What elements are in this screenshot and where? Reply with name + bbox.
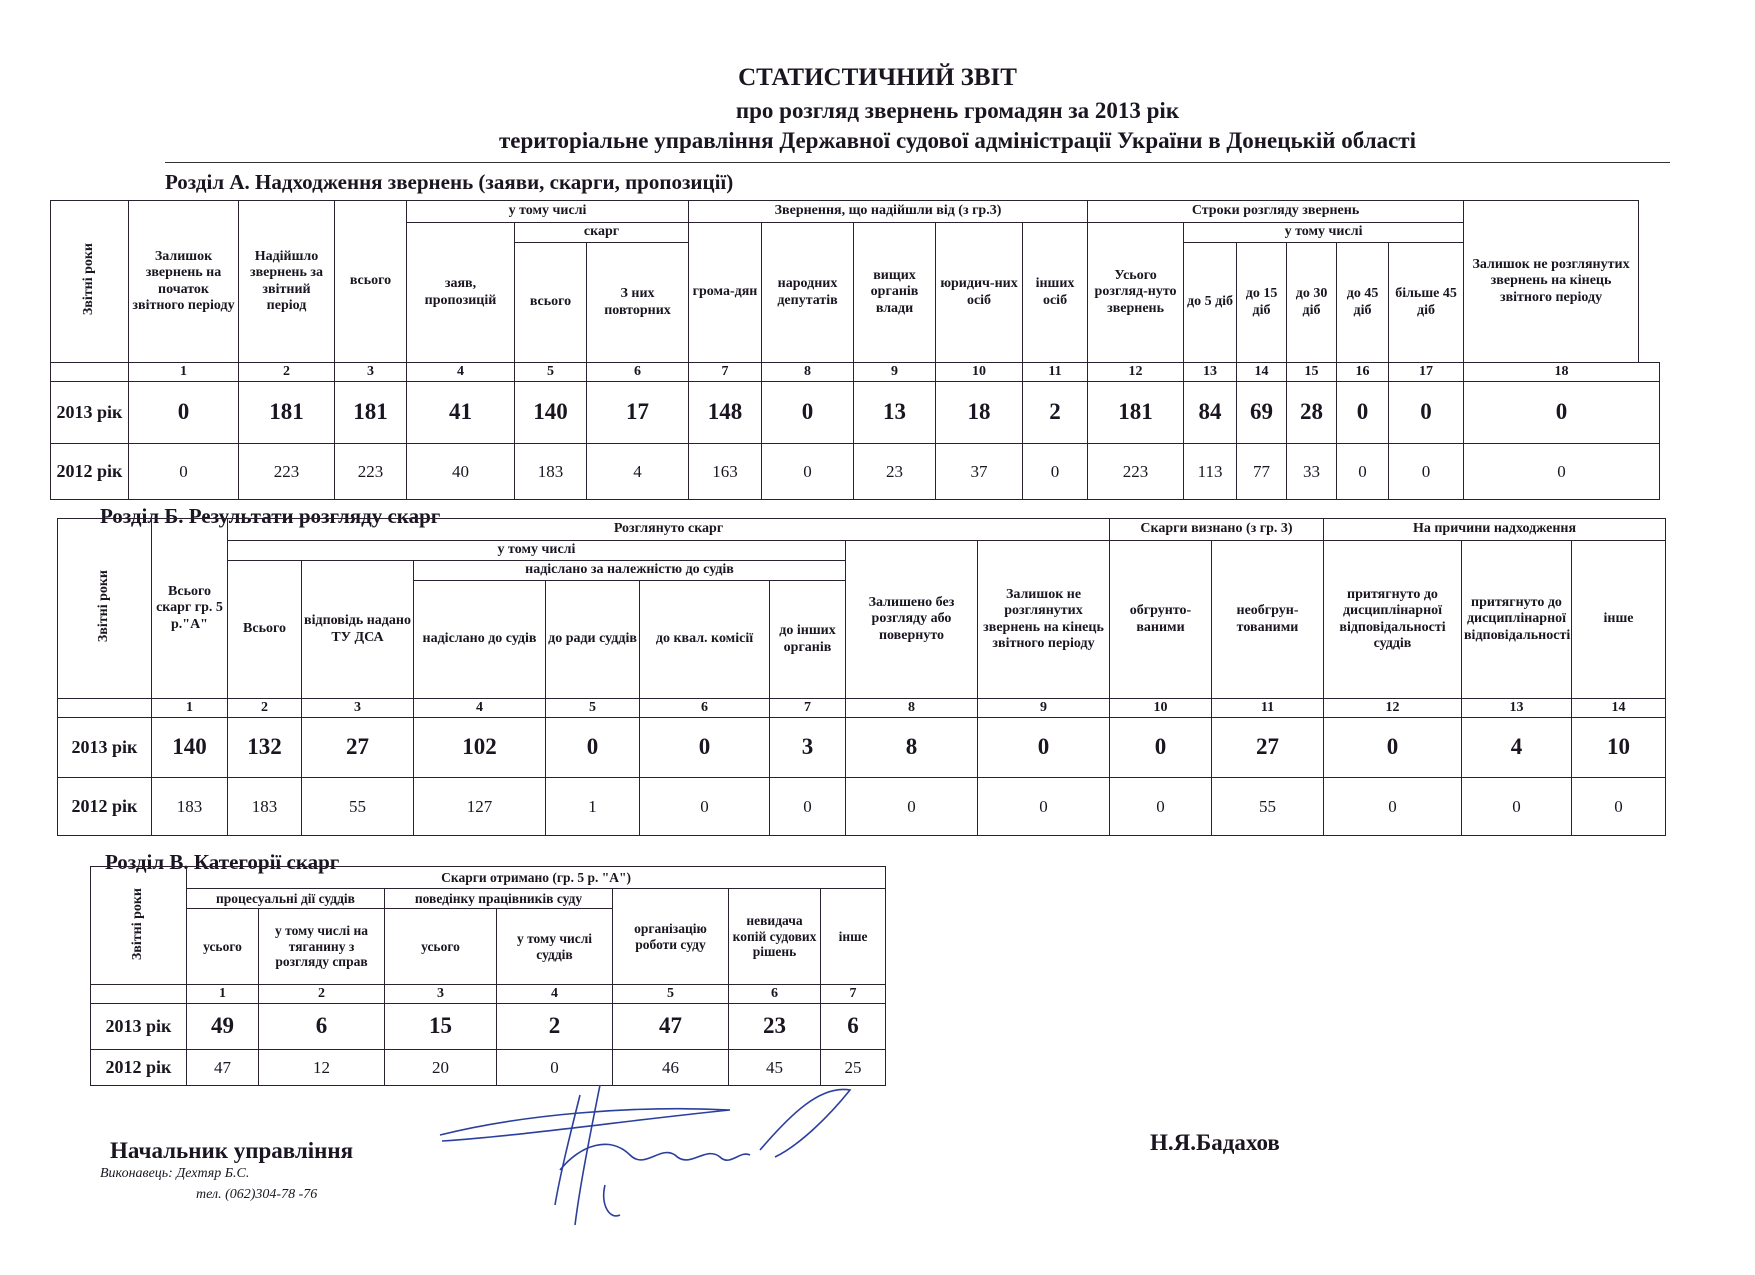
table-row: 2012 рік1831835512710000055000 bbox=[58, 778, 1666, 836]
cell-value: 0 bbox=[129, 444, 239, 500]
column-number: 7 bbox=[689, 363, 762, 382]
cell-value: 49 bbox=[187, 1004, 259, 1050]
column-number: 3 bbox=[302, 699, 414, 718]
table-row: 2013 рік49615247236 bbox=[91, 1004, 886, 1050]
cell-value: 13 bbox=[854, 382, 936, 444]
col-a-4: заяв, пропозицій bbox=[407, 223, 515, 363]
year-label: 2012 рік bbox=[51, 444, 129, 500]
column-number: 8 bbox=[762, 363, 854, 382]
column-number: 4 bbox=[414, 699, 546, 718]
report-subtitle: про розгляд звернень громадян за 2013 рі… bbox=[80, 98, 1755, 124]
cell-value: 69 bbox=[1237, 382, 1287, 444]
col-c-7: інше bbox=[821, 889, 886, 985]
year-label: 2012 рік bbox=[58, 778, 152, 836]
col-a-7: грома-дян bbox=[689, 223, 762, 363]
column-number: 4 bbox=[497, 985, 613, 1004]
cell-value: 10 bbox=[1572, 718, 1666, 778]
cell-value: 0 bbox=[1110, 718, 1212, 778]
cell-value: 0 bbox=[129, 382, 239, 444]
cell-value: 28 bbox=[1287, 382, 1337, 444]
column-number: 10 bbox=[936, 363, 1023, 382]
cell-value: 183 bbox=[228, 778, 302, 836]
col-a-1: Залишок звернень на початок звітного пер… bbox=[129, 201, 239, 363]
cell-value: 0 bbox=[1324, 718, 1462, 778]
cell-value: 4 bbox=[587, 444, 689, 500]
column-number: 13 bbox=[1462, 699, 1572, 718]
col-b-reasons: На причини надходження bbox=[1324, 519, 1666, 541]
column-number: 15 bbox=[1287, 363, 1337, 382]
col-a-17: більше 45 діб bbox=[1389, 243, 1464, 363]
cell-value: 140 bbox=[152, 718, 228, 778]
col-b-9: Залишок не розглянутих звернень на кінец… bbox=[978, 541, 1110, 699]
col-b-3: відповідь надано ТУ ДСА bbox=[302, 561, 414, 699]
cell-value: 0 bbox=[1464, 382, 1660, 444]
cell-value: 33 bbox=[1287, 444, 1337, 500]
column-number: 7 bbox=[821, 985, 886, 1004]
cell-value: 0 bbox=[1464, 444, 1660, 500]
cell-value: 0 bbox=[1389, 382, 1464, 444]
col-b-4: надіслано до судів bbox=[414, 581, 546, 699]
executor-name: Виконавець: Дехтяр Б.С. bbox=[100, 1166, 249, 1182]
cell-value: 6 bbox=[259, 1004, 385, 1050]
section-c-table: Звітні роки Скарги отримано (гр. 5 р. "А… bbox=[90, 866, 886, 1086]
column-number: 6 bbox=[640, 699, 770, 718]
col-b-6: до квал. комісії bbox=[640, 581, 770, 699]
column-number: 12 bbox=[1324, 699, 1462, 718]
section-a-table: Звітні роки Залишок звернень на початок … bbox=[50, 200, 1660, 500]
column-number: 1 bbox=[187, 985, 259, 1004]
col-a-15: до 30 діб bbox=[1287, 243, 1337, 363]
cell-value: 181 bbox=[239, 382, 335, 444]
col-a-2: Надійшло звернень за звітний період bbox=[239, 201, 335, 363]
column-number: 18 bbox=[1464, 363, 1660, 382]
cell-value: 15 bbox=[385, 1004, 497, 1050]
col-b-7: до інших органів bbox=[770, 581, 846, 699]
col-b-incl: у тому числі bbox=[228, 541, 846, 561]
col-a-10: юридич-них осіб bbox=[936, 223, 1023, 363]
column-number: 6 bbox=[729, 985, 821, 1004]
year-label: 2013 рік bbox=[91, 1004, 187, 1050]
column-numbers-row: 123456789101112131415161718 bbox=[51, 363, 1660, 382]
cell-value: 113 bbox=[1184, 444, 1237, 500]
column-number: 6 bbox=[587, 363, 689, 382]
handwritten-signature bbox=[430, 1075, 950, 1235]
cell-value: 84 bbox=[1184, 382, 1237, 444]
col-years: Звітні роки bbox=[96, 570, 112, 642]
cell-value: 181 bbox=[335, 382, 407, 444]
col-c-received: Скарги отримано (гр. 5 р. "А") bbox=[187, 867, 886, 889]
col-a-16: до 45 діб bbox=[1337, 243, 1389, 363]
column-number: 2 bbox=[239, 363, 335, 382]
cell-value: 163 bbox=[689, 444, 762, 500]
col-b-12: притягнуто до дисциплінарної відповідаль… bbox=[1324, 541, 1462, 699]
col-b-5: до ради суддів bbox=[546, 581, 640, 699]
col-b-11: необгрун-тованими bbox=[1212, 541, 1324, 699]
column-number: 2 bbox=[228, 699, 302, 718]
col-a-5: всього bbox=[515, 243, 587, 363]
col-c-4: у тому числі суддів bbox=[497, 909, 613, 985]
cell-value: 2 bbox=[1023, 382, 1088, 444]
col-c-2: у тому числі на тяганину з розгляду спра… bbox=[259, 909, 385, 985]
column-number: 5 bbox=[613, 985, 729, 1004]
cell-value: 0 bbox=[846, 778, 978, 836]
column-number: 14 bbox=[1572, 699, 1666, 718]
col-b-14: інше bbox=[1572, 541, 1666, 699]
cell-value: 6 bbox=[821, 1004, 886, 1050]
table-row: 2013 рік14013227102003800270410 bbox=[58, 718, 1666, 778]
column-number: 5 bbox=[515, 363, 587, 382]
col-a-3: всього bbox=[335, 201, 407, 363]
cell-value: 77 bbox=[1237, 444, 1287, 500]
col-a-incl: у тому числі bbox=[407, 201, 689, 223]
year-label: 2013 рік bbox=[58, 718, 152, 778]
column-numbers-row: 1234567 bbox=[91, 985, 886, 1004]
position-title: Начальник управління bbox=[110, 1138, 353, 1164]
col-a-8: народних депутатів bbox=[762, 223, 854, 363]
section-a-title: Розділ А. Надходження звернень (заяви, с… bbox=[165, 170, 733, 195]
column-number: 11 bbox=[1212, 699, 1324, 718]
year-label: 2013 рік bbox=[51, 382, 129, 444]
col-a-terms-incl: у тому числі bbox=[1184, 223, 1464, 243]
cell-value: 8 bbox=[846, 718, 978, 778]
cell-value: 1 bbox=[546, 778, 640, 836]
col-a-14: до 15 діб bbox=[1237, 243, 1287, 363]
cell-value: 18 bbox=[936, 382, 1023, 444]
col-c-5: організацію роботи суду bbox=[613, 889, 729, 985]
cell-value: 2 bbox=[497, 1004, 613, 1050]
cell-value: 0 bbox=[1110, 778, 1212, 836]
col-a-terms: Строки розгляду звернень bbox=[1088, 201, 1464, 223]
col-c-staff: поведінку працівників суду bbox=[385, 889, 613, 909]
cell-value: 47 bbox=[613, 1004, 729, 1050]
organization-name: територіальне управління Державної судов… bbox=[80, 128, 1755, 154]
column-number: 7 bbox=[770, 699, 846, 718]
cell-value: 27 bbox=[1212, 718, 1324, 778]
col-b-reviewed: Розглянуто скарг bbox=[228, 519, 1110, 541]
column-number: 9 bbox=[854, 363, 936, 382]
signatory-name: Н.Я.Бадахов bbox=[1150, 1130, 1280, 1156]
column-number: 2 bbox=[259, 985, 385, 1004]
cell-value: 0 bbox=[1337, 444, 1389, 500]
cell-value: 0 bbox=[762, 444, 854, 500]
col-c-3: усього bbox=[385, 909, 497, 985]
col-b-13: притягнуто до дисциплінарної відповідаль… bbox=[1462, 541, 1572, 699]
col-a-complaints: скарг bbox=[515, 223, 689, 243]
cell-value: 0 bbox=[1337, 382, 1389, 444]
report-title: СТАТИСТИЧНИЙ ЗВІТ bbox=[0, 64, 1755, 92]
column-number: 4 bbox=[407, 363, 515, 382]
table-row: 2013 рік01811814114017148013182181846928… bbox=[51, 382, 1660, 444]
col-b-8: Залишено без розгляду або повернуто bbox=[846, 541, 978, 699]
header-divider bbox=[165, 162, 1670, 163]
cell-value: 0 bbox=[1023, 444, 1088, 500]
cell-value: 0 bbox=[640, 718, 770, 778]
col-c-proc: процесуальні дії суддів bbox=[187, 889, 385, 909]
cell-value: 0 bbox=[762, 382, 854, 444]
cell-value: 3 bbox=[770, 718, 846, 778]
col-a-9: вищих органів влади bbox=[854, 223, 936, 363]
col-a-13: до 5 діб bbox=[1184, 243, 1237, 363]
column-number: 13 bbox=[1184, 363, 1237, 382]
cell-value: 55 bbox=[1212, 778, 1324, 836]
cell-value: 223 bbox=[335, 444, 407, 500]
cell-value: 0 bbox=[1324, 778, 1462, 836]
column-number: 1 bbox=[129, 363, 239, 382]
cell-value: 102 bbox=[414, 718, 546, 778]
cell-value: 37 bbox=[936, 444, 1023, 500]
cell-value: 0 bbox=[1462, 778, 1572, 836]
column-number: 11 bbox=[1023, 363, 1088, 382]
cell-value: 0 bbox=[546, 718, 640, 778]
column-number: 8 bbox=[846, 699, 978, 718]
cell-value: 140 bbox=[515, 382, 587, 444]
cell-value: 23 bbox=[729, 1004, 821, 1050]
cell-value: 0 bbox=[1572, 778, 1666, 836]
cell-value: 17 bbox=[587, 382, 689, 444]
col-a-6: З них повторних bbox=[587, 243, 689, 363]
column-number: 5 bbox=[546, 699, 640, 718]
col-years: Звітні роки bbox=[130, 888, 146, 960]
cell-value: 181 bbox=[1088, 382, 1184, 444]
col-c-1: усього bbox=[187, 909, 259, 985]
cell-value: 12 bbox=[259, 1050, 385, 1086]
table-row: 2012 рік02232234018341630233702231137733… bbox=[51, 444, 1660, 500]
year-label: 2012 рік bbox=[91, 1050, 187, 1086]
cell-value: 47 bbox=[187, 1050, 259, 1086]
column-numbers-row: 1234567891011121314 bbox=[58, 699, 1666, 718]
col-a-18: Залишок не розглянутих звернень на кінец… bbox=[1464, 201, 1639, 363]
cell-value: 127 bbox=[414, 778, 546, 836]
cell-value: 183 bbox=[515, 444, 587, 500]
col-b-1: Всього скарг гр. 5 р."А" bbox=[152, 519, 228, 699]
col-b-sent: надіслано за належністю до судів bbox=[414, 561, 846, 581]
cell-value: 55 bbox=[302, 778, 414, 836]
column-number: 17 bbox=[1389, 363, 1464, 382]
cell-value: 0 bbox=[1389, 444, 1464, 500]
cell-value: 40 bbox=[407, 444, 515, 500]
column-number: 3 bbox=[385, 985, 497, 1004]
executor-phone: тел. (062)304-78 -76 bbox=[196, 1187, 317, 1203]
column-number: 12 bbox=[1088, 363, 1184, 382]
col-b-recognized: Скарги визнано (з гр. 3) bbox=[1110, 519, 1324, 541]
cell-value: 148 bbox=[689, 382, 762, 444]
cell-value: 41 bbox=[407, 382, 515, 444]
cell-value: 223 bbox=[1088, 444, 1184, 500]
column-number: 1 bbox=[152, 699, 228, 718]
col-a-12: Усього розгляд-нуто звернень bbox=[1088, 223, 1184, 363]
col-years: Звітні роки bbox=[81, 243, 97, 315]
cell-value: 0 bbox=[770, 778, 846, 836]
cell-value: 0 bbox=[978, 778, 1110, 836]
cell-value: 0 bbox=[978, 718, 1110, 778]
col-b-10: обгрунто-ваними bbox=[1110, 541, 1212, 699]
col-a-11: інших осіб bbox=[1023, 223, 1088, 363]
cell-value: 183 bbox=[152, 778, 228, 836]
column-number: 16 bbox=[1337, 363, 1389, 382]
cell-value: 223 bbox=[239, 444, 335, 500]
col-b-2: Всього bbox=[228, 561, 302, 699]
section-b-table: Звітні роки Всього скарг гр. 5 р."А" Роз… bbox=[57, 518, 1666, 836]
cell-value: 0 bbox=[640, 778, 770, 836]
column-number: 10 bbox=[1110, 699, 1212, 718]
column-number: 9 bbox=[978, 699, 1110, 718]
column-number: 14 bbox=[1237, 363, 1287, 382]
cell-value: 27 bbox=[302, 718, 414, 778]
cell-value: 132 bbox=[228, 718, 302, 778]
col-a-from: Звернення, що надійшли від (з гр.3) bbox=[689, 201, 1088, 223]
col-c-6: невидача копій судових рішень bbox=[729, 889, 821, 985]
cell-value: 4 bbox=[1462, 718, 1572, 778]
column-number: 3 bbox=[335, 363, 407, 382]
cell-value: 23 bbox=[854, 444, 936, 500]
